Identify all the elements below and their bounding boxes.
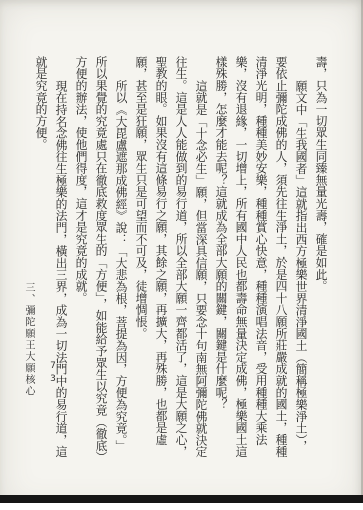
paragraph: 這就是「十念必生」願，但當深具信願，只要念十句南無阿彌陀佛就決定往生。這是人人能…	[131, 56, 211, 458]
paragraph: 現在持名念佛往生極樂的法門，橫出三界，成為一切法門中的易行道，這就是究竟的方便。	[31, 56, 71, 458]
section-running-title: 三、彌陀願王大願核心	[21, 282, 36, 397]
scan-background-strip	[0, 503, 363, 510]
scan-bottom-edge	[0, 495, 363, 503]
main-text: 壽，只為一切眾生同臻無量光壽，確是如此。 願文中「生我國者」這就指出西方極樂世界…	[31, 56, 331, 458]
paragraph: 願文中「生我國者」這就指出西方極樂世界清淨國土（簡稱極樂淨土），要依止彌陀成佛的…	[211, 56, 311, 458]
book-page: 壽，只為一切眾生同臻無量光壽，確是如此。 願文中「生我國者」這就指出西方極樂世界…	[0, 0, 363, 510]
paragraph: 所以《大毘盧遮那成佛經》說：「大悲為根，菩提為因，方便為究竟。」所以果覺的究竟處…	[71, 56, 131, 458]
page-number: 73	[48, 361, 58, 387]
paragraph: 壽，只為一切眾生同臻無量光壽，確是如此。	[311, 56, 331, 458]
